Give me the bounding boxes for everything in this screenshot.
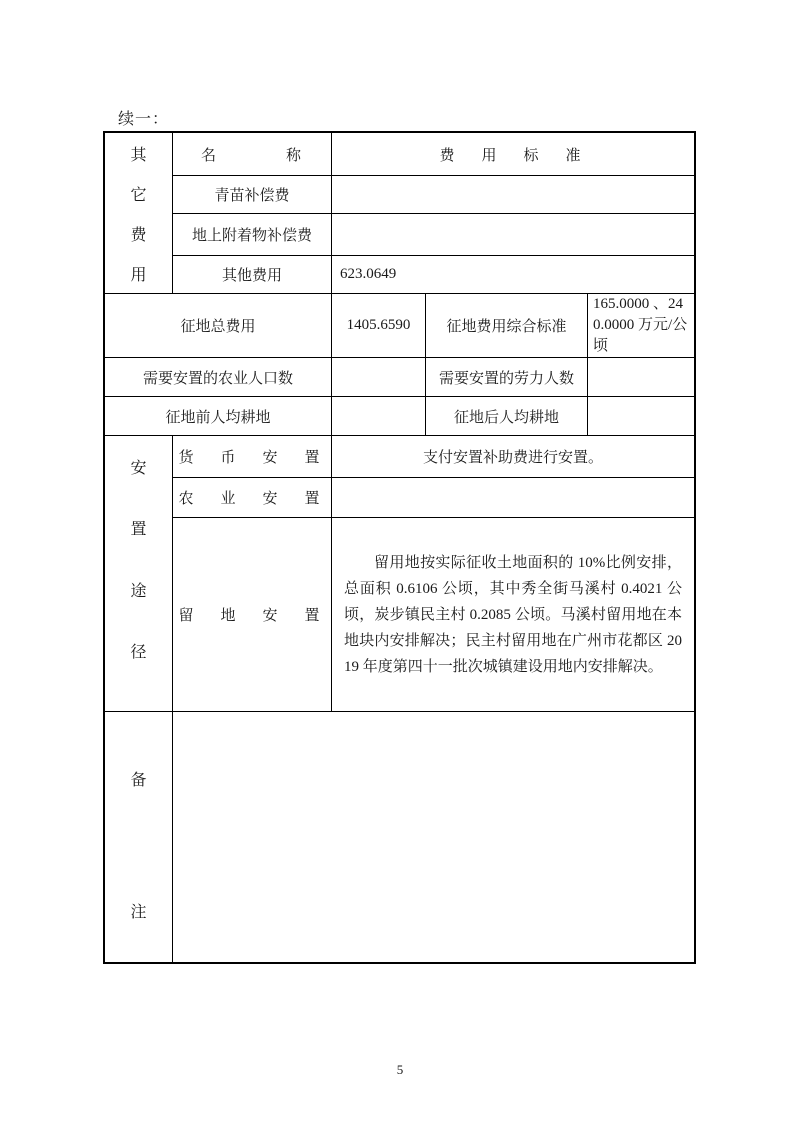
land-acquisition-table: 其它费用 名 称 费 用 标 准 青苗补偿费 地上附着物补偿费 其他费用 623… xyxy=(103,131,696,964)
total-cost-value: 1405.6590 xyxy=(332,294,426,358)
comprehensive-standard-label: 征地费用综合标准 xyxy=(426,294,588,358)
document-page: 续一： 其它费用 名 称 费 用 标 准 青苗补偿费 地上附着物补偿费 其他费用… xyxy=(0,0,800,1131)
row-label-other-fee: 其他费用 xyxy=(173,256,332,294)
column-header-fee-standard: 费 用 标 准 xyxy=(332,133,694,176)
total-cost-label: 征地总费用 xyxy=(105,294,332,358)
comprehensive-standard-value: 165.0000 、240.0000 万元/公顷 xyxy=(588,294,694,358)
per-capita-farmland-before-value xyxy=(332,397,426,436)
row-value-seedling-compensation xyxy=(332,176,694,214)
row-label-seedling-compensation: 青苗补偿费 xyxy=(173,176,332,214)
monetary-resettlement-label: 货 币 安 置 xyxy=(173,436,332,478)
row-label-attachment-compensation: 地上附着物补偿费 xyxy=(173,214,332,256)
agri-population-label: 需要安置的农业人口数 xyxy=(105,358,332,397)
reserved-land-resettlement-label: 留 地 安 置 xyxy=(173,518,332,712)
page-number: 5 xyxy=(0,1062,800,1078)
reserved-land-paragraph: 留用地按实际征收土地面积的 10%比例安排，总面积 0.6106 公顷，其中秀全… xyxy=(344,550,682,680)
agricultural-resettlement-label: 农 业 安 置 xyxy=(173,478,332,518)
column-header-name: 名 称 xyxy=(173,133,332,176)
group-label-resettlement-approach: 安置途径 xyxy=(105,436,173,712)
row-value-other-fee: 623.0649 xyxy=(332,256,694,294)
continuation-label: 续一： xyxy=(118,106,169,129)
agri-population-value xyxy=(332,358,426,397)
per-capita-farmland-before-label: 征地前人均耕地 xyxy=(105,397,332,436)
row-value-attachment-compensation xyxy=(332,214,694,256)
group-label-remarks: 备注 xyxy=(105,712,173,962)
per-capita-farmland-after-label: 征地后人均耕地 xyxy=(426,397,588,436)
group-label-other-fees: 其它费用 xyxy=(105,133,173,294)
reserved-land-resettlement-value: 留用地按实际征收土地面积的 10%比例安排，总面积 0.6106 公顷，其中秀全… xyxy=(332,518,694,712)
remarks-value xyxy=(173,712,694,962)
labor-count-label: 需要安置的劳力人数 xyxy=(426,358,588,397)
labor-count-value xyxy=(588,358,694,397)
agricultural-resettlement-value xyxy=(332,478,694,518)
monetary-resettlement-value: 支付安置补助费进行安置。 xyxy=(332,436,694,478)
per-capita-farmland-after-value xyxy=(588,397,694,436)
